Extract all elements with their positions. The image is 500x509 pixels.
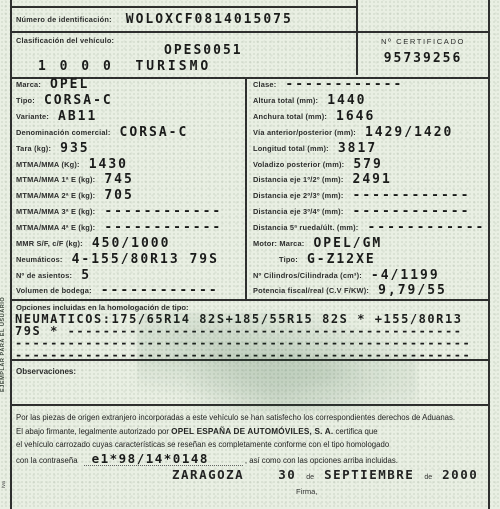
classification-label: Clasificación del vehículo: <box>16 36 114 45</box>
spec-label: Denominación comercial: <box>16 128 111 137</box>
spec-row: Denominación comercial:CORSA-C <box>12 125 243 141</box>
classification-value: 1 0 0 0 TURISMO <box>38 59 211 74</box>
options-line: ----------------------------------------… <box>12 349 488 361</box>
spec-value: OPEL <box>50 77 89 92</box>
day-value: 30 <box>278 468 296 482</box>
spec-label: Nº Cilindros/Cilindrada (cm³): <box>253 271 362 280</box>
customs-paragraph: Por las piezas de origen extranjero inco… <box>12 406 488 425</box>
spec-value: ------------ <box>101 283 219 298</box>
spec-row: MTMA/MMA 3ª E (kg):------------ <box>12 204 243 220</box>
spec-label: Marca: <box>16 80 41 89</box>
spec-value: ------------ <box>104 220 222 235</box>
certification-footer: Por las piezas de origen extranjero inco… <box>12 406 488 509</box>
spec-row: Distancia eje 2º/3º (mm):------------ <box>249 188 488 204</box>
spec-value: 1429/1420 <box>365 125 453 140</box>
spec-column-right: Clase:------------Altura total (mm):1440… <box>249 77 488 299</box>
spec-column-divider <box>245 77 247 299</box>
edge-vertical-text-small: iva <box>1 466 9 488</box>
spec-value: G-Z12XE <box>307 252 376 267</box>
spec-value: 2491 <box>353 172 392 187</box>
conformity-line: el vehículo carrozado cuyas característi… <box>12 438 488 452</box>
certificate-number-label: Nº CERTIFICADO <box>358 37 488 46</box>
certificate-number-value: 95739256 <box>358 51 488 66</box>
spec-row: Voladizo posterior (mm):579 <box>249 156 488 172</box>
spec-row: Tipo:G-Z12XE <box>249 251 488 267</box>
spec-value: ------------ <box>353 204 471 219</box>
spec-value: CORSA-C <box>120 125 189 140</box>
spec-label: MTMA/MMA 2ª E (kg): <box>16 191 95 200</box>
spec-label: Neumáticos: <box>16 255 63 264</box>
spec-row: Distancia 5ª rueda/últ. (mm):-----------… <box>249 220 488 236</box>
spec-row: Vía anterior/posterior (mm):1429/1420 <box>249 125 488 141</box>
spec-value: 3817 <box>338 141 377 156</box>
spec-label: MMR S/F, c/F (kg): <box>16 239 83 248</box>
spec-row: Distancia eje 1º/2º (mm):2491 <box>249 172 488 188</box>
spec-row: MTMA/MMA (Kg):1430 <box>12 156 243 172</box>
spec-row: Tara (kg):935 <box>12 140 243 156</box>
spec-value: 9,79/55 <box>378 283 447 298</box>
spec-row: Distancia eje 3º/4º (mm):------------ <box>249 204 488 220</box>
month-value: SEPTIEMBRE <box>324 468 414 482</box>
spec-row: Tipo:CORSA-C <box>12 93 243 109</box>
year-value: 2000 <box>442 468 478 482</box>
city-value: ZARAGOZA <box>172 468 244 482</box>
spec-row: Nº Cilindros/Cilindrada (cm³):-4/1199 <box>249 267 488 283</box>
spec-label: Potencia fiscal/real (C.V F/KW): <box>253 286 369 295</box>
spec-value: ------------ <box>104 204 222 219</box>
classification-code: OPES0051 <box>164 43 243 58</box>
spec-value: CORSA-C <box>44 93 113 108</box>
spec-label: Nº de asientos: <box>16 271 72 280</box>
spec-label: Distancia 5ª rueda/últ. (mm): <box>253 223 358 232</box>
spec-row: Motor: Marca:OPEL/GM <box>249 235 488 251</box>
spec-label: Tipo: <box>279 255 298 264</box>
edge-vertical-text: EJEMPLAR PARA EL USUARIO <box>0 286 9 402</box>
spec-label: MTMA/MMA 3ª E (kg): <box>16 207 95 216</box>
spec-row: MTMA/MMA 4ª E (kg):------------ <box>12 220 243 236</box>
spec-value: 705 <box>104 188 133 203</box>
spec-row: Longitud total (mm):3817 <box>249 140 488 156</box>
spec-column-left: Marca:OPELTipo:CORSA-CVariante:AB11Denom… <box>12 77 243 299</box>
spec-label: Distancia eje 2º/3º (mm): <box>253 191 344 200</box>
spec-value: 745 <box>104 172 133 187</box>
signer-pre-text: El abajo firmante, legalmente autorizado… <box>16 427 171 436</box>
spec-label: MTMA/MMA 4ª E (kg): <box>16 223 95 232</box>
spec-label: MTMA/MMA 1ª E (kg): <box>16 175 95 184</box>
spec-value: 579 <box>353 157 382 172</box>
spec-label: Tara (kg): <box>16 144 51 153</box>
spec-row: MMR S/F, c/F (kg):450/1000 <box>12 235 243 251</box>
spec-row: Nº de asientos:5 <box>12 267 243 283</box>
identification-label: Número de identificación: <box>16 15 112 24</box>
spec-row: Volumen de bodega:------------ <box>12 283 243 299</box>
spec-label: Vía anterior/posterior (mm): <box>253 128 356 137</box>
spec-value: 1430 <box>89 157 128 172</box>
password-post-text: , así como con las opciones arriba inclu… <box>245 454 398 468</box>
signer-post-text: certifica que <box>333 427 377 436</box>
spec-label: Volumen de bodega: <box>16 286 92 295</box>
spec-value: AB11 <box>58 109 97 124</box>
spec-value: 1440 <box>327 93 366 108</box>
spec-label: Distancia eje 3º/4º (mm): <box>253 207 344 216</box>
spec-row: MTMA/MMA 1ª E (kg):745 <box>12 172 243 188</box>
spec-value: 1646 <box>336 109 375 124</box>
signer-line: El abajo firmante, legalmente autorizado… <box>12 425 488 439</box>
spec-value: 935 <box>60 141 89 156</box>
spec-label: Longitud total (mm): <box>253 144 329 153</box>
spec-value: ------------ <box>285 77 403 92</box>
type-approval-code: e1*98/14*0148 <box>84 452 243 467</box>
spec-value: 4-155/80R13 79S <box>72 252 219 267</box>
classification-row: Clasificación del vehículo: OPES0051 1 0… <box>12 31 488 79</box>
spec-value: -4/1199 <box>371 268 440 283</box>
spec-label: Anchura total (mm): <box>253 112 327 121</box>
specs-section: Marca:OPELTipo:CORSA-CVariante:AB11Denom… <box>12 77 488 299</box>
spec-row: Clase:------------ <box>249 77 488 93</box>
spec-label: Tipo: <box>16 96 35 105</box>
spec-label: MTMA/MMA (Kg): <box>16 160 80 169</box>
vehicle-certificate-sheet: Número de identificación: WOLOXCF0814015… <box>10 0 490 509</box>
vin-value: WOLOXCF0814015075 <box>126 12 293 27</box>
spec-row: Altura total (mm):1440 <box>249 93 488 109</box>
de-word: de <box>306 471 314 485</box>
spec-value: 450/1000 <box>92 236 171 251</box>
spec-value: ------------ <box>367 220 485 235</box>
date-line: ZARAGOZA 30 de SEPTIEMBRE de 2000 <box>172 468 488 485</box>
signature-label: Firma, <box>296 485 488 499</box>
spec-label: Voladizo posterior (mm): <box>253 160 344 169</box>
options-section: Opciones incluidas en la homologación de… <box>12 299 488 361</box>
spec-value: 5 <box>81 268 91 283</box>
spec-row: Anchura total (mm):1646 <box>249 109 488 125</box>
de-word: de <box>424 471 432 485</box>
spec-row: Potencia fiscal/real (C.V F/KW):9,79/55 <box>249 283 488 299</box>
spec-label: Clase: <box>253 80 276 89</box>
observations-label: Observaciones: <box>12 361 488 376</box>
spec-row: Marca:OPEL <box>12 77 243 93</box>
spec-label: Motor: Marca: <box>253 239 304 248</box>
spec-label: Variante: <box>16 112 49 121</box>
spec-row: Variante:AB11 <box>12 109 243 125</box>
password-line: con la contraseña e1*98/14*0148 , así co… <box>12 452 488 468</box>
spec-label: Altura total (mm): <box>253 96 318 105</box>
certificate-cell: Nº CERTIFICADO 95739256 <box>358 33 488 77</box>
observations-section: Observaciones: <box>12 361 488 406</box>
spec-row: Neumáticos:4-155/80R13 79S <box>12 251 243 267</box>
company-name: OPEL ESPAÑA DE AUTOMÓVILES, S. A. <box>171 427 333 436</box>
spec-label: Distancia eje 1º/2º (mm): <box>253 175 344 184</box>
spec-value: OPEL/GM <box>313 236 382 251</box>
identification-row: Número de identificación: WOLOXCF0814015… <box>12 6 356 31</box>
spec-value: ------------ <box>353 188 471 203</box>
spec-row: MTMA/MMA 2ª E (kg):705 <box>12 188 243 204</box>
password-pre-text: con la contraseña <box>16 454 78 468</box>
